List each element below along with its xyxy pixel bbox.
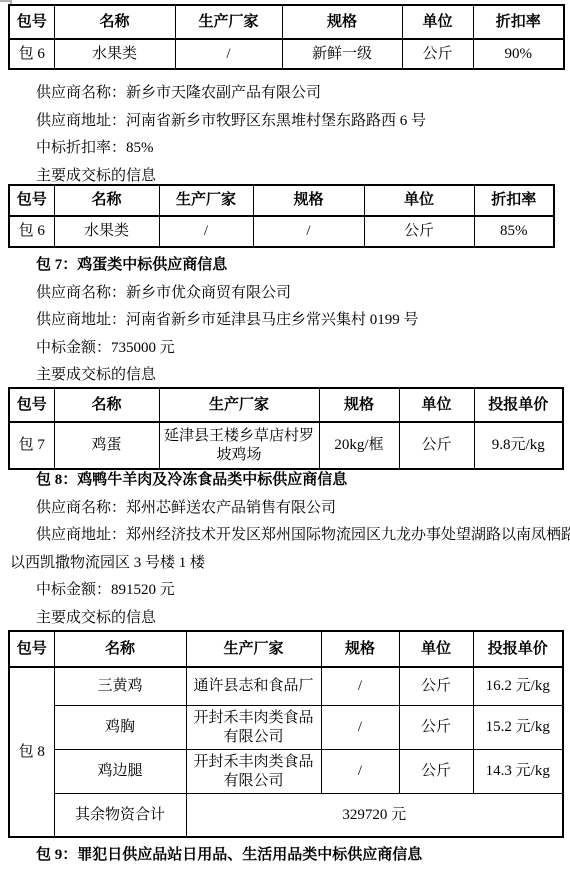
header-name: 名称 (54, 185, 159, 216)
cell-discount-rate: 85% (474, 216, 554, 247)
summary-value-cell: 329720 元 (186, 794, 563, 838)
cell-manufacturer: 通许县志和食品厂 (186, 667, 321, 706)
pkg6-supplier-info: 供应商名称：新乡市天隆农副产品有限公司 供应商地址：河南省新乡市牧野区东黑堆村堡… (8, 80, 566, 190)
table-row: 包 6 水果类 / 新鲜一级 公斤 90% (9, 39, 564, 69)
header-manufacturer: 生产厂家 (159, 388, 319, 422)
header-manufacturer: 生产厂家 (159, 185, 253, 216)
pkg7-deal-table: 包号 名称 生产厂家 规格 单位 投报单价 包 7 鸡蛋 延津县王楼乡草店村罗坡… (8, 387, 564, 470)
header-spec: 规格 (282, 5, 402, 39)
cell-manufacturer: / (159, 216, 253, 247)
header-package-no: 包号 (9, 388, 54, 422)
supplier-name-line: 供应商名称：新乡市优众商贸有限公司 (8, 280, 566, 308)
header-name: 名称 (54, 5, 175, 39)
cell-package-no: 包 6 (9, 216, 54, 247)
table-row: 包 8 三黄鸡 通许县志和食品厂 / 公斤 16.2 元/kg (9, 667, 563, 706)
cell-name: 鸡胸 (54, 706, 186, 750)
header-name: 名称 (54, 388, 159, 422)
cell-manufacturer: 延津县王楼乡草店村罗坡鸡场 (159, 422, 319, 469)
cell-spec: 20kg/框 (319, 422, 399, 469)
supplier-address-line-1: 供应商地址：郑州经济技术开发区郑州国际物流园区九龙办事处望湖路以南凤栖路 (8, 522, 566, 550)
header-unit-price: 投报单价 (473, 631, 563, 667)
cell-unit: 公斤 (399, 706, 473, 750)
cell-name: 水果类 (54, 216, 159, 247)
header-name: 名称 (54, 631, 186, 667)
pkg9-section: 包 9：罪犯日供应品站日用品、生活用品类中标供应商信息 (8, 842, 566, 870)
header-discount-rate: 折扣率 (473, 5, 564, 39)
supplier-name-line: 供应商名称：郑州芯鲜送农产品销售有限公司 (8, 495, 566, 523)
header-discount-rate: 折扣率 (474, 185, 554, 216)
cell-name: 鸡边腿 (54, 750, 186, 794)
header-spec: 规格 (319, 388, 399, 422)
header-unit-price: 投报单价 (474, 388, 563, 422)
pkg7-heading: 包 7：鸡蛋类中标供应商信息 (8, 252, 566, 280)
cell-discount-rate: 90% (473, 39, 564, 69)
pkg6-deal-table: 包号 名称 生产厂家 规格 单位 折扣率 包 6 水果类 / / 公斤 85% (8, 184, 555, 248)
header-row: 包号 名称 生产厂家 规格 单位 折扣率 (9, 5, 564, 39)
header-row: 包号 名称 生产厂家 规格 单位 投报单价 (9, 631, 563, 667)
header-package-no: 包号 (9, 5, 54, 39)
deal-info-label: 主要成交标的信息 (8, 362, 566, 390)
deal-info-label: 主要成交标的信息 (8, 605, 566, 633)
pkg8-deal-table: 包号 名称 生产厂家 规格 单位 投报单价 包 8 三黄鸡 通许县志和食品厂 /… (8, 630, 564, 838)
table-row: 包 6 水果类 / / 公斤 85% (9, 216, 554, 247)
win-amount-line: 中标金额：891520 元 (8, 577, 566, 605)
supplier-address-line: 供应商地址：河南省新乡市牧野区东黑堆村堡东路路西 6 号 (8, 108, 566, 136)
supplier-address-line: 供应商地址：河南省新乡市延津县马庄乡常兴集村 0199 号 (8, 307, 566, 335)
header-package-no: 包号 (9, 185, 54, 216)
cell-manufacturer: 开封禾丰肉类食品有限公司 (186, 750, 321, 794)
cell-unit: 公斤 (364, 216, 474, 247)
pkg9-heading: 包 9：罪犯日供应品站日用品、生活用品类中标供应商信息 (8, 842, 566, 870)
win-discount-line: 中标折扣率：85% (8, 135, 566, 163)
pkg8-supplier-info: 包 8：鸡鸭牛羊肉及冷冻食品类中标供应商信息 供应商名称：郑州芯鲜送农产品销售有… (8, 467, 566, 632)
cell-package-no: 包 7 (9, 422, 54, 469)
cell-package-no: 包 8 (9, 667, 54, 837)
table-row: 鸡边腿 开封禾丰肉类食品有限公司 / 公斤 14.3 元/kg (9, 750, 563, 794)
pkg6-bid-table: 包号 名称 生产厂家 规格 单位 折扣率 包 6 水果类 / 新鲜一级 公斤 9… (8, 4, 565, 70)
summary-row: 其余物资合计 329720 元 (9, 794, 563, 838)
header-unit: 单位 (402, 5, 473, 39)
header-spec: 规格 (253, 185, 364, 216)
cell-name: 三黄鸡 (54, 667, 186, 706)
cell-name: 鸡蛋 (54, 422, 159, 469)
cell-unit-price: 9.8元/kg (474, 422, 563, 469)
cell-unit-price: 15.2 元/kg (473, 706, 563, 750)
header-unit: 单位 (399, 631, 473, 667)
pkg7-supplier-info: 包 7：鸡蛋类中标供应商信息 供应商名称：新乡市优众商贸有限公司 供应商地址：河… (8, 252, 566, 390)
table-row: 包 7 鸡蛋 延津县王楼乡草店村罗坡鸡场 20kg/框 公斤 9.8元/kg (9, 422, 563, 469)
header-row: 包号 名称 生产厂家 规格 单位 投报单价 (9, 388, 563, 422)
header-unit: 单位 (399, 388, 474, 422)
header-package-no: 包号 (9, 631, 54, 667)
header-spec: 规格 (321, 631, 399, 667)
cell-manufacturer: 开封禾丰肉类食品有限公司 (186, 706, 321, 750)
cell-unit: 公斤 (399, 750, 473, 794)
pkg8-heading: 包 8：鸡鸭牛羊肉及冷冻食品类中标供应商信息 (8, 467, 566, 495)
win-amount-line: 中标金额：735000 元 (8, 335, 566, 363)
cell-manufacturer: / (175, 39, 282, 69)
cell-unit: 公斤 (399, 667, 473, 706)
summary-label-cell: 其余物资合计 (54, 794, 186, 838)
cell-name: 水果类 (54, 39, 175, 69)
cell-package-no: 包 6 (9, 39, 54, 69)
supplier-name-line: 供应商名称：新乡市天隆农副产品有限公司 (8, 80, 566, 108)
cell-unit-price: 16.2 元/kg (473, 667, 563, 706)
document-page: 包号 名称 生产厂家 规格 单位 折扣率 包 6 水果类 / 新鲜一级 公斤 9… (0, 0, 570, 874)
cell-spec: / (321, 750, 399, 794)
cell-spec: / (321, 667, 399, 706)
header-unit: 单位 (364, 185, 474, 216)
cell-unit-price: 14.3 元/kg (473, 750, 563, 794)
header-row: 包号 名称 生产厂家 规格 单位 折扣率 (9, 185, 554, 216)
cell-unit: 公斤 (399, 422, 474, 469)
header-manufacturer: 生产厂家 (175, 5, 282, 39)
cell-spec: / (321, 706, 399, 750)
cell-spec: 新鲜一级 (282, 39, 402, 69)
supplier-address-line-2: 以西凯撒物流园区 3 号楼 1 楼 (8, 550, 566, 578)
cell-unit: 公斤 (402, 39, 473, 69)
table-row: 鸡胸 开封禾丰肉类食品有限公司 / 公斤 15.2 元/kg (9, 706, 563, 750)
header-manufacturer: 生产厂家 (186, 631, 321, 667)
cell-spec: / (253, 216, 364, 247)
